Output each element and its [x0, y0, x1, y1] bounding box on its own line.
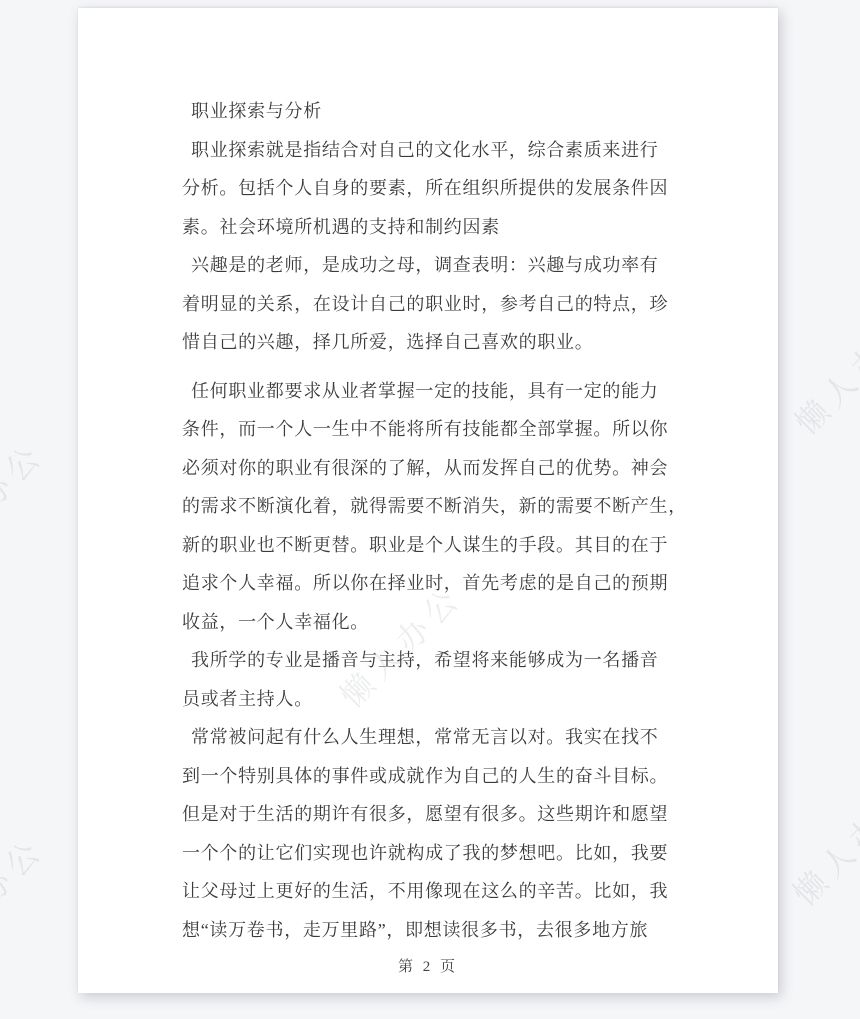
doc-text-line: 的需求不断演化着，就得需要不断消失，新的需要不断产生， [182, 487, 700, 526]
doc-text-line: 素。社会环境所机遇的支持和制约因素 [182, 208, 700, 247]
doc-text-line: 让父母过上更好的生活，不用像现在这么的辛苦。比如，我 [182, 872, 700, 911]
doc-text-line: 我所学的专业是播音与主持，希望将来能够成为一名播音 [182, 641, 700, 680]
doc-text-line: 一个个的让它们实现也许就构成了我的梦想吧。比如，我要 [182, 834, 700, 873]
watermark: 懒人办公 [0, 431, 53, 574]
doc-text-line: 任何职业都要求从业者掌握一定的技能，具有一定的能力 [182, 372, 700, 411]
viewer-background: 职业探索与分析 职业探索就是指结合对自己的文化水平，综合素质来进行 分析。包括个… [0, 0, 860, 1019]
doc-text-line: 职业探索就是指结合对自己的文化水平，综合素质来进行 [182, 131, 700, 170]
doc-text-line: 着明显的关系，在设计自己的职业时，参考自己的特点，珍 [182, 285, 700, 324]
doc-title-line: 职业探索与分析 [182, 92, 700, 131]
document-content: 职业探索与分析 职业探索就是指结合对自己的文化水平，综合素质来进行 分析。包括个… [78, 8, 778, 982]
doc-text-line: 分析。包括个人自身的要素，所在组织所提供的发展条件因 [182, 169, 700, 208]
watermark: 懒人办公 [782, 772, 860, 915]
doc-text-line: 到一个特别具体的事件或成就作为自己的人生的奋斗目标。 [182, 757, 700, 796]
watermark: 懒人办公 [784, 301, 860, 444]
document-page: 职业探索与分析 职业探索就是指结合对自己的文化水平，综合素质来进行 分析。包括个… [78, 8, 778, 993]
doc-text-line: 惜自己的兴趣，择几所爱，选择自己喜欢的职业。 [182, 323, 700, 362]
doc-text-line: 兴趣是的老师，是成功之母，调查表明：兴趣与成功率有 [182, 246, 700, 285]
doc-text-line: 必须对你的职业有很深的了解，从而发挥自己的优势。神会 [182, 449, 700, 488]
page-number: 第 2 页 [78, 952, 778, 982]
doc-text-line: 但是对于生活的期许有很多，愿望有很多。这些期许和愿望 [182, 795, 700, 834]
doc-text-line: 收益，一个人幸福化。 [182, 603, 700, 642]
doc-text-line: 条件，而一个人一生中不能将所有技能都全部掌握。所以你 [182, 410, 700, 449]
doc-text-line: 员或者主持人。 [182, 680, 700, 719]
doc-text-line: 追求个人幸福。所以你在择业时，首先考虑的是自己的预期 [182, 564, 700, 603]
doc-text-line: 常常被问起有什么人生理想，常常无言以对。我实在找不 [182, 718, 700, 757]
doc-text-line: 想“读万卷书，走万里路”，即想读很多书，去很多地方旅 [182, 911, 700, 950]
watermark: 懒人办公 [0, 826, 53, 969]
doc-text-line: 新的职业也不断更替。职业是个人谋生的手段。其目的在于 [182, 526, 700, 565]
